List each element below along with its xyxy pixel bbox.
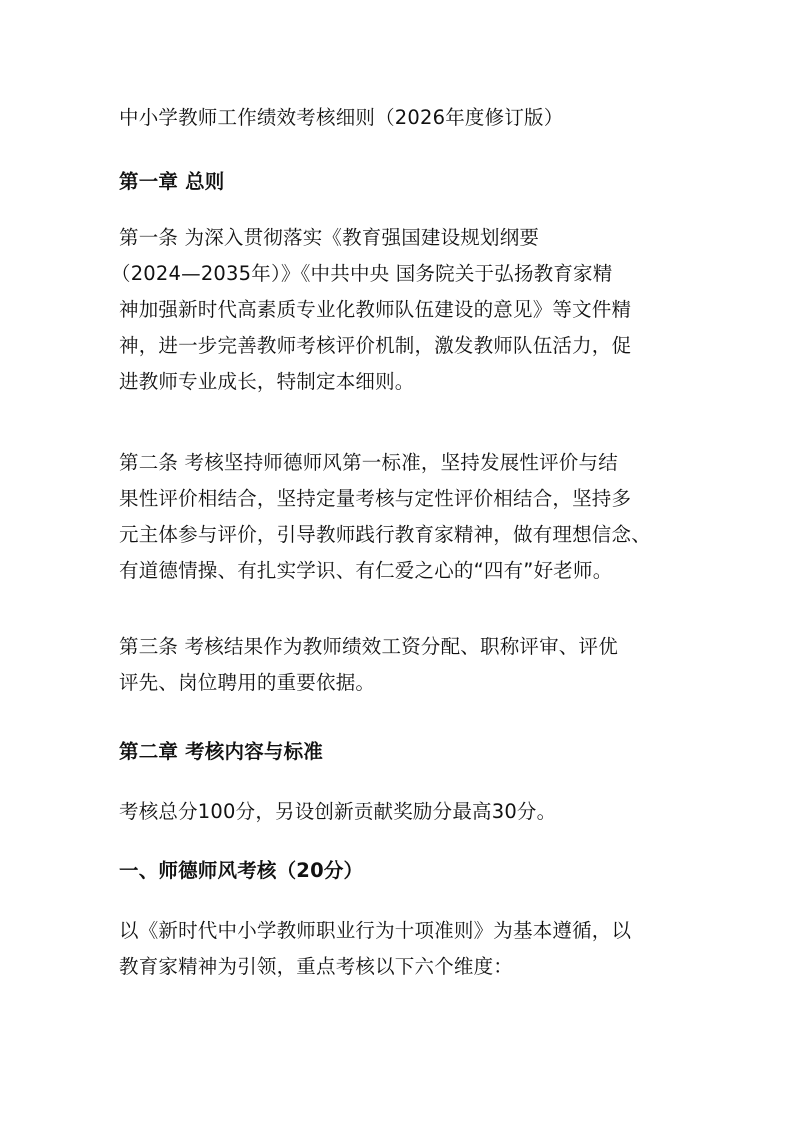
article-1-line: 神加强新时代高素质专业化教师队伍建设的意见》等文件精 — [119, 292, 679, 328]
chapter-2-intro: 考核总分100分，另设创新贡献奖励分最高30分。 — [119, 794, 679, 830]
title-text: 中小学教师工作绩效考核细则（2026年度修订版） — [119, 100, 679, 136]
article-2-line: 有道德情操、有扎实学识、有仁爱之心的“四有”好老师。 — [119, 553, 679, 589]
chapter-2-heading-text: 第二章 考核内容与标准 — [119, 734, 679, 770]
chapter-2-heading: 第二章 考核内容与标准 — [119, 734, 679, 770]
article-3-line: 第三条 考核结果作为教师绩效工资分配、职称评审、评优 — [119, 629, 679, 665]
article-2: 第二条 考核坚持师德师风第一标准，坚持发展性评价与结 果性评价相结合，坚持定量考… — [119, 445, 679, 589]
article-2-line: 果性评价相结合，坚持定量考核与定性评价相结合，坚持多 — [119, 481, 679, 517]
section-1-body: 以《新时代中小学教师职业行为十项准则》为基本遵循，以 教育家精神为引领，重点考核… — [119, 913, 679, 985]
chapter-1-heading-text: 第一章 总则 — [119, 164, 679, 200]
section-1-heading: 一、师德师风考核（20分） — [119, 853, 679, 889]
section-1-heading-text: 一、师德师风考核（20分） — [119, 853, 679, 889]
article-1-line: 进教师专业成长，特制定本细则。 — [119, 364, 679, 400]
article-1-line: 神，进一步完善教师考核评价机制，激发教师队伍活力，促 — [119, 328, 679, 364]
chapter-2-intro-text: 考核总分100分，另设创新贡献奖励分最高30分。 — [119, 794, 679, 830]
chapter-1-heading: 第一章 总则 — [119, 164, 679, 200]
document-title: 中小学教师工作绩效考核细则（2026年度修订版） — [119, 100, 679, 136]
section-1-line: 以《新时代中小学教师职业行为十项准则》为基本遵循，以 — [119, 913, 679, 949]
section-1-line: 教育家精神为引领，重点考核以下六个维度： — [119, 949, 679, 985]
article-3-line: 评先、岗位聘用的重要依据。 — [119, 665, 679, 701]
article-1: 第一条 为深入贯彻落实《教育强国建设规划纲要 （2024—2035年）》《中共中… — [119, 220, 679, 400]
article-1-line: 第一条 为深入贯彻落实《教育强国建设规划纲要 — [119, 220, 679, 256]
article-3: 第三条 考核结果作为教师绩效工资分配、职称评审、评优 评先、岗位聘用的重要依据。 — [119, 629, 679, 701]
document-page: 中小学教师工作绩效考核细则（2026年度修订版） 第一章 总则 第一条 为深入贯… — [0, 0, 793, 1122]
article-1-line: （2024—2035年）》《中共中央 国务院关于弘扬教育家精 — [111, 256, 679, 292]
article-2-line: 第二条 考核坚持师德师风第一标准，坚持发展性评价与结 — [119, 445, 679, 481]
article-2-line: 元主体参与评价，引导教师践行教育家精神，做有理想信念、 — [119, 517, 679, 553]
